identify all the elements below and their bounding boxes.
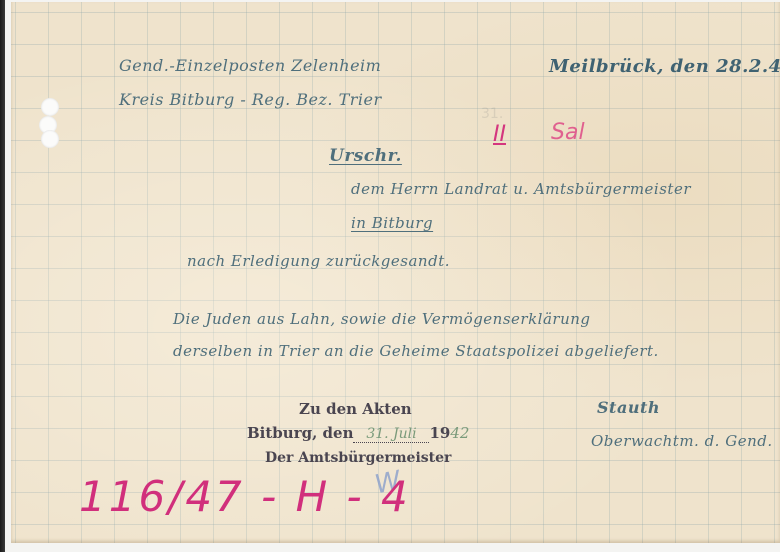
document-paper: Gend.-Einzelposten Zelenheim Kreis Bitbu… [11, 2, 780, 543]
note-returned: nach Erledigung zurückgesandt. [187, 252, 450, 270]
punch-hole [41, 130, 59, 148]
punch-hole [41, 98, 59, 116]
signature-title: Oberwachtm. d. Gend. [591, 432, 773, 450]
stamp-year-suffix: 42 [450, 424, 469, 442]
stamp-line-3: Der Amtsbürgermeister [265, 450, 451, 466]
place-date: Meilbrück, den 28.2.42 [549, 56, 780, 77]
stamp-place: Bitburg, den [247, 424, 353, 442]
recipient-line-1: dem Herrn Landrat u. Amtsbürgermeister [351, 180, 691, 198]
recipient-line-2: in Bitburg [351, 214, 433, 232]
body-line-1: Die Juden aus Lahn, sowie die Vermögense… [173, 310, 591, 328]
sender-line-1: Gend.-Einzelposten Zelenheim [119, 56, 381, 75]
body-line-2: derselben in Trier an die Geheime Staats… [173, 342, 659, 360]
file-number: 116/47 - H - 4 [79, 472, 411, 521]
faint-stamp: 31. [481, 106, 503, 122]
scanner-edge [0, 0, 5, 552]
stamp-line-1: Zu den Akten [299, 400, 412, 418]
signature-name: Stauth [597, 398, 660, 417]
red-initials: Sal [551, 120, 585, 145]
heading: Urschr. [329, 146, 402, 166]
stamp-year-prefix: 19 [429, 424, 450, 442]
stamp-date-fill: 31. Juli [353, 426, 429, 443]
red-roman-numeral: II [493, 122, 506, 147]
sender-line-2: Kreis Bitburg - Reg. Bez. Trier [119, 90, 382, 109]
stamp-line-2: Bitburg, den31. Juli1942 [247, 424, 469, 443]
